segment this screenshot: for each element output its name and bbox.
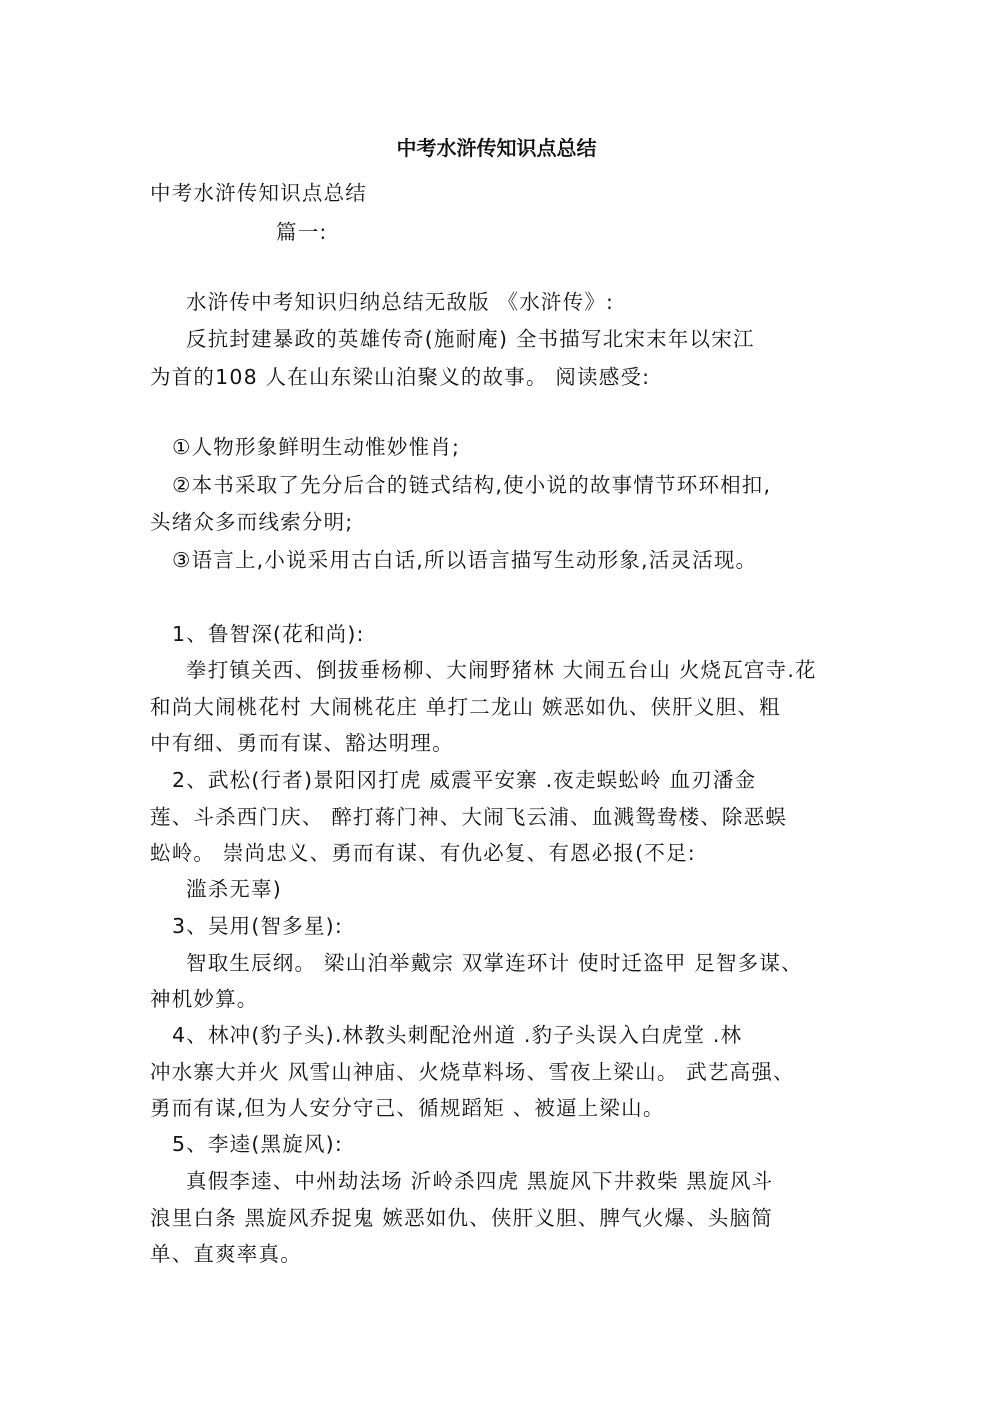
- intro-line: 水浒传中考知识归纳总结无敌版 《水浒传》:: [186, 288, 614, 316]
- intro-line: 为首的108 人在山东梁山泊聚义的故事。 阅读感受:: [150, 363, 650, 391]
- feature-line: ③语言上,小说采用古白话,所以语言描写生动形象,活灵活现。: [172, 546, 757, 574]
- character-line: 蚣岭。 崇尚忠义、勇而有谋、有仇必复、有恩必报(不足:: [150, 839, 696, 867]
- document-title: 中考水浒传知识点总结: [0, 134, 993, 162]
- character-heading: 5、李逵(黑旋风):: [172, 1130, 343, 1158]
- character-line: 单、直爽率真。: [150, 1240, 302, 1268]
- character-line: 中有细、勇而有谋、豁达明理。: [150, 729, 454, 757]
- character-line: 滥杀无辜): [186, 875, 282, 903]
- character-heading: 4、林冲(豹子头).林教头刺配沧州道 .豹子头误入白虎堂 .林: [172, 1021, 742, 1049]
- feature-line: ②本书采取了先分后合的链式结构,使小说的故事情节环环相扣,: [172, 471, 771, 499]
- part-label: 篇一:: [276, 218, 328, 246]
- character-heading: 2、武松(行者)景阳冈打虎 威震平安寨 .夜走蜈蚣岭 血刃潘金: [172, 766, 756, 794]
- character-line: 冲水寨大并火 风雪山神庙、火烧草料场、雪夜上梁山。 武艺高强、: [150, 1058, 795, 1086]
- subtitle: 中考水浒传知识点总结: [150, 179, 367, 207]
- character-heading: 1、鲁智深(花和尚):: [172, 620, 365, 648]
- feature-line: 头绪众多而线索分明;: [150, 508, 353, 536]
- character-line: 莲、斗杀西门庆、 醉打蒋门神、大闹飞云浦、血溅鸳鸯楼、除恶蜈: [150, 803, 787, 831]
- character-line: 和尚大闹桃花村 大闹桃花庄 单打二龙山 嫉恶如仇、侠肝义胆、粗: [150, 693, 781, 721]
- character-heading: 3、吴用(智多星):: [172, 912, 343, 940]
- document-page: 中考水浒传知识点总结 中考水浒传知识点总结 篇一: 水浒传中考知识归纳总结无敌版…: [0, 0, 993, 1404]
- feature-line: ①人物形象鲜明生动惟妙惟肖;: [172, 433, 460, 461]
- character-line: 智取生辰纲。 梁山泊举戴宗 双掌连环计 使时迁盗甲 足智多谋、: [186, 949, 803, 977]
- character-line: 神机妙算。: [150, 985, 259, 1013]
- character-line: 浪里白条 黑旋风乔捉鬼 嫉恶如仇、侠肝义胆、脾气火爆、头脑简: [150, 1204, 773, 1232]
- character-line: 拳打镇关西、倒拔垂杨柳、大闹野猪林 大闹五台山 火烧瓦宫寺.花: [186, 656, 817, 684]
- intro-line: 反抗封建暴政的英雄传奇(施耐庵) 全书描写北宋末年以宋江: [186, 325, 755, 353]
- character-line: 真假李逵、中州劫法场 沂岭杀四虎 黑旋风下井救柴 黑旋风斗: [186, 1167, 773, 1195]
- character-line: 勇而有谋,但为人安分守己、循规蹈矩 、被逼上梁山。: [150, 1094, 665, 1122]
